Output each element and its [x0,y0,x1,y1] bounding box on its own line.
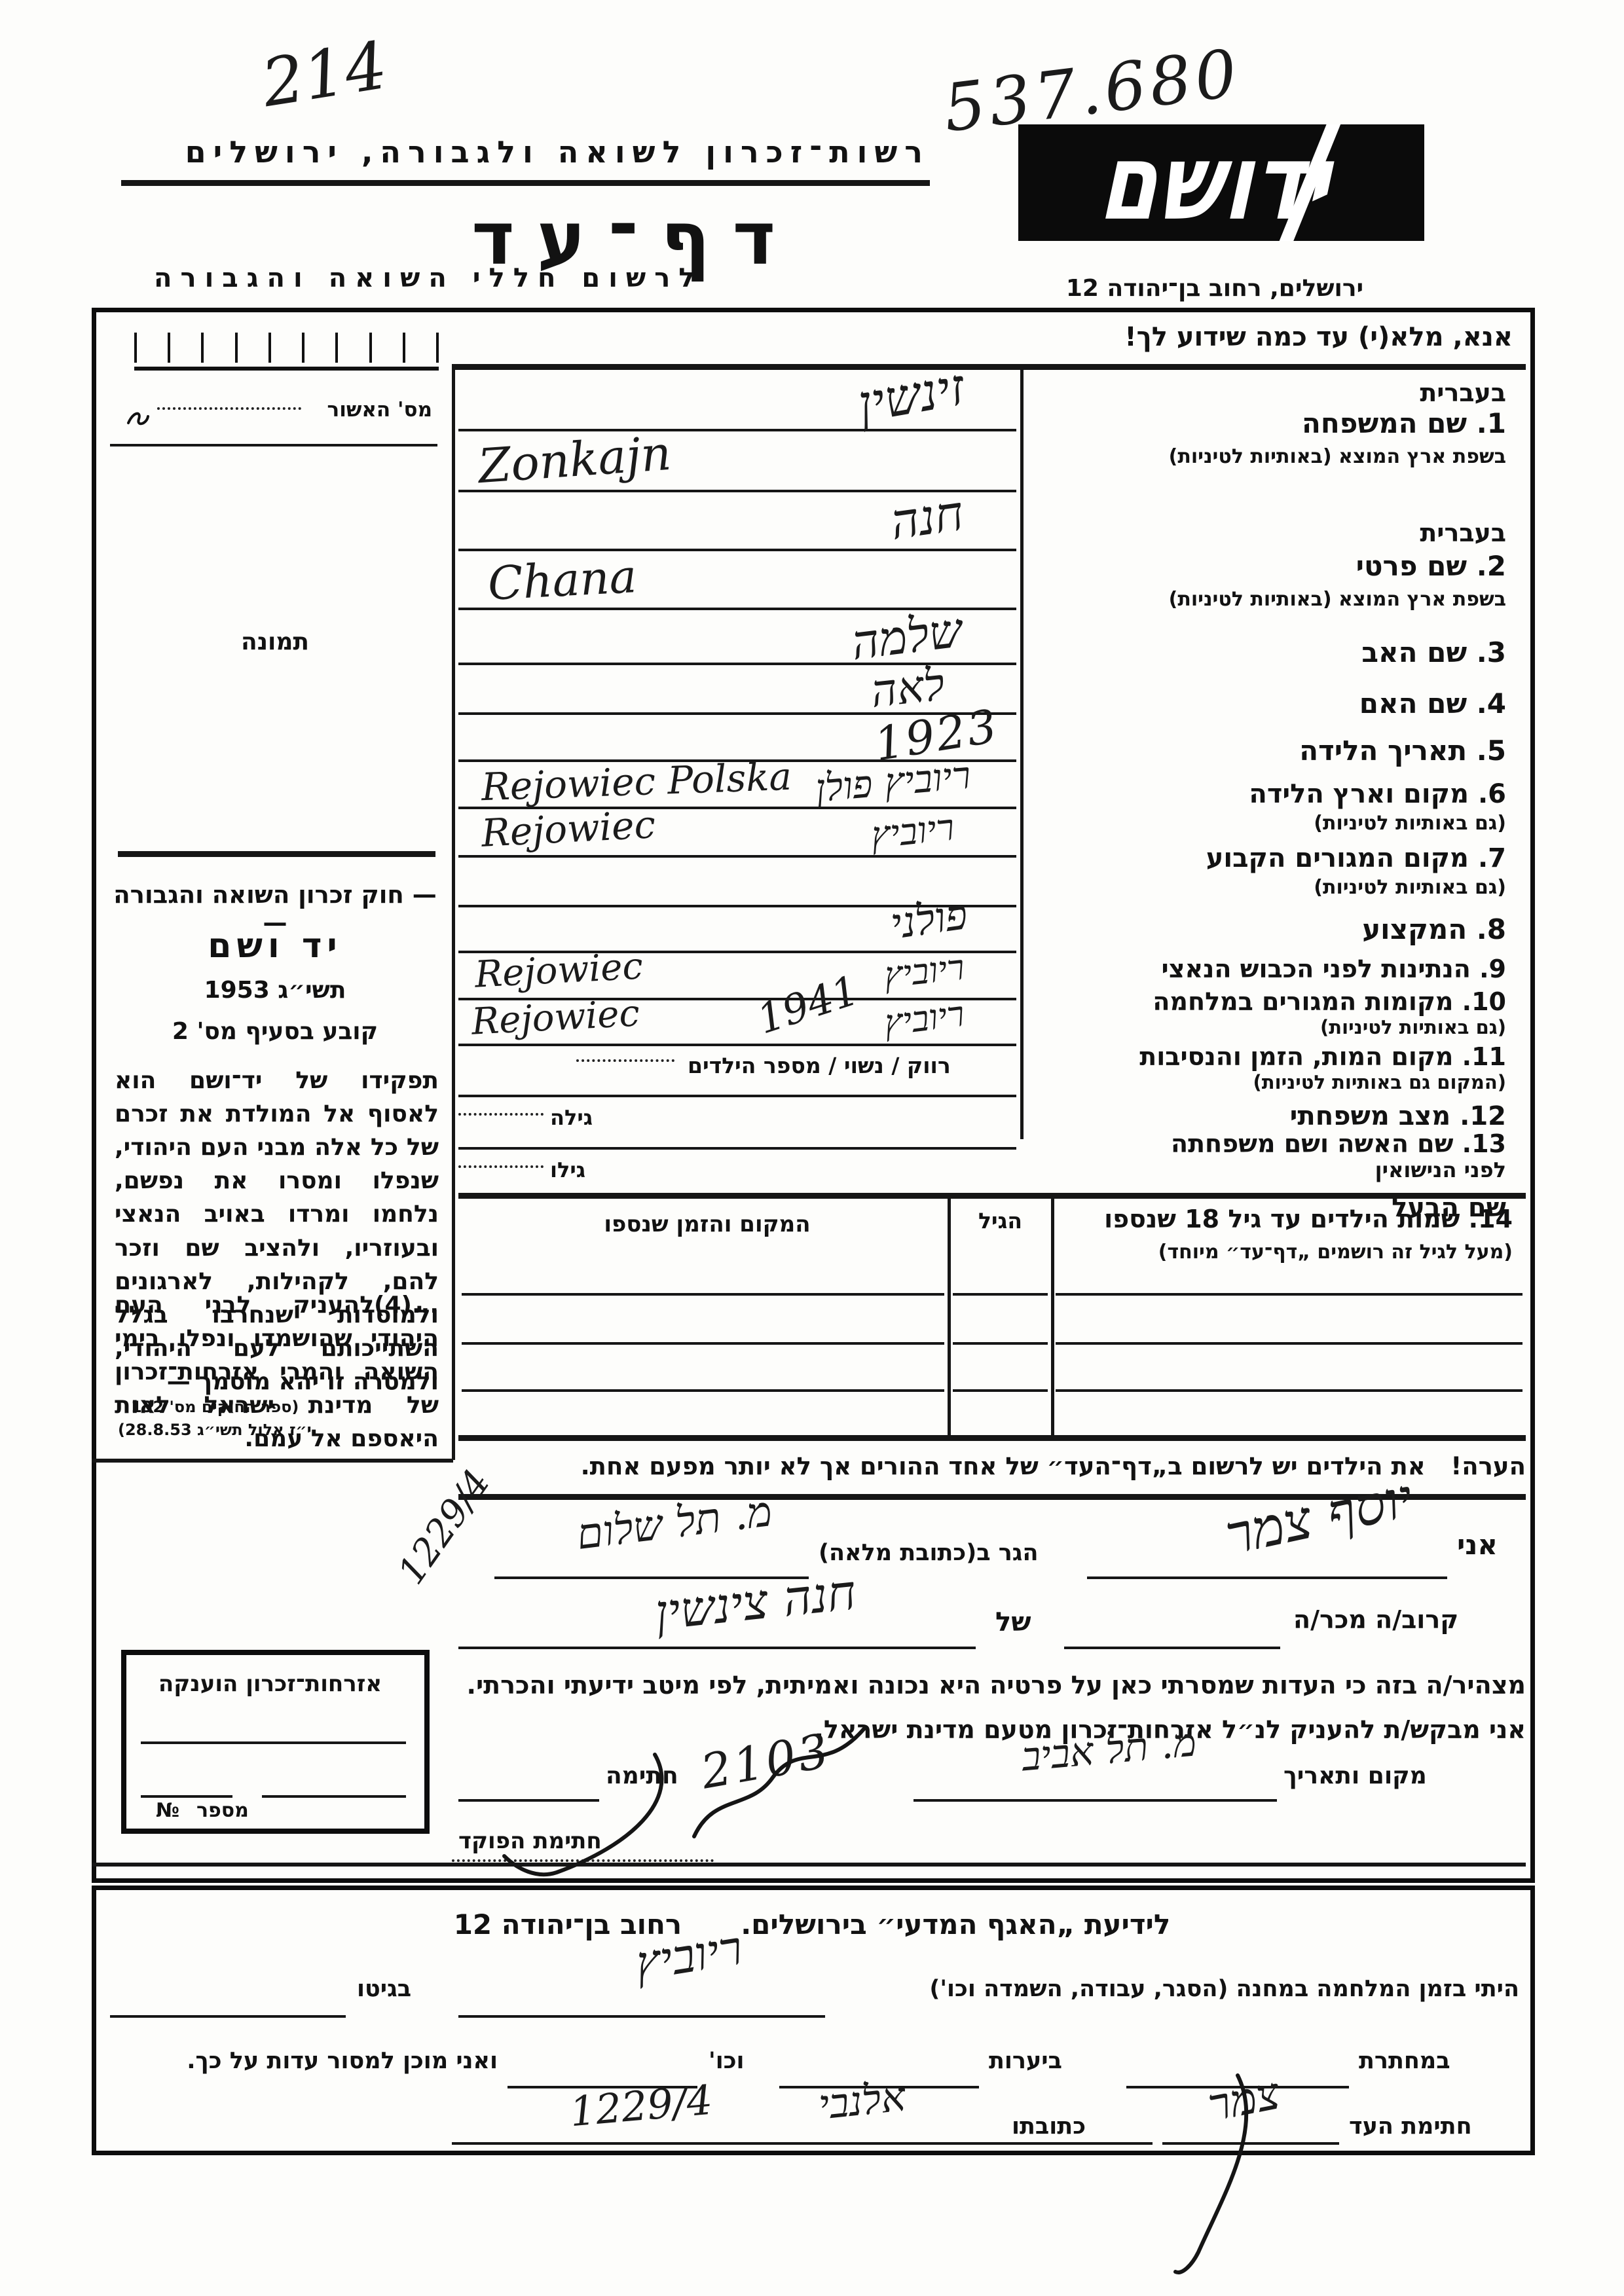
field-7-label: 7. מקום המגורים הקבוע [1028,843,1506,873]
label-column-divider [1020,367,1024,1139]
field-12-label-text: מצב משפחתי [1290,1101,1451,1131]
field-8-number: 8. [1477,913,1506,945]
declarant-name-line [1087,1576,1447,1579]
law-box-top-rule [118,851,435,857]
her-age-label: גילה [550,1105,593,1130]
ghetto-blank-line [110,2015,346,2018]
marital-status-dotted [576,1059,674,1062]
field-4-label-text: שם האם [1359,687,1467,720]
field-1-pre-label: בעברית [1028,378,1506,407]
field-1-hebrew-line [458,429,1016,431]
field-9-label-text: הנתינות לפני הכבוש הנאצי [1161,955,1470,983]
field-10-sub-label: (גם באותיות לטיניות) [1028,1016,1506,1038]
witness-signature-label: חתימת העד [1349,2113,1472,2140]
form-subtitle: לרשום חללי השואה והגבורה [154,263,703,293]
stamp-box-mid-line [141,1741,406,1744]
table-col-place-header: המקום והזמן שנספו [537,1211,877,1237]
table-rule-line [953,1342,1048,1345]
field-1-number: 1. [1477,407,1506,439]
field-13-line [458,1095,1016,1097]
forests-label: ביערות [989,2048,1062,2074]
camp-label: היתי בזמן המלחמה במחנה (הסגר, עבודה, השמ… [838,1976,1519,2002]
field-3-number: 3. [1477,636,1506,668]
camp-blank-line [458,2015,825,2018]
field-11-number: 11. [1462,1042,1506,1071]
field-13-sub-label: לפני הנישואין [1028,1157,1506,1182]
field-2-label: 2. שם פרטי [1028,550,1506,582]
table-col-age-header: הגיל [953,1208,1048,1233]
field-11-label: 11. מקום המות, הזמן והנסיבות [1028,1042,1506,1071]
comb-tick [335,333,338,363]
footer-title: לידיעת „האגף המדעי״ בירושלים. [741,1908,1170,1941]
field-14-number: 14. [1469,1205,1513,1233]
signature-scribble [458,1715,956,1879]
left-column-bottom-rule [92,1459,453,1463]
etc-label: וכו' [709,2048,745,2074]
comb-tick [436,333,439,363]
field-2-number: 2. [1477,550,1506,582]
field-12-label: 12. מצב משפחתי [1028,1101,1506,1131]
comb-tick [235,333,238,363]
field-2-hebrew-line [458,549,1016,551]
field-14-label: 14. שמות הילדים עד גיל 18 שנספו [1067,1205,1513,1233]
field-7-latin-hand: Rejowiec [480,802,656,856]
testify-label: ואני מוכן למסור עדות על כך. [108,2048,498,2074]
photo-label: תמונה [196,629,354,655]
ghetto-label: בגיטו [357,1976,411,2002]
children-table-bottom-rule [458,1435,1526,1441]
field-9-number: 9. [1479,955,1506,983]
header-rule [121,180,930,186]
law-logo-text: יד ושם [111,926,439,966]
field-2-latin-hand: Chana [487,549,638,611]
field-10-label: 10. מקומות המגורים במלחמה [1028,987,1506,1016]
marital-status-options: רווק / נשוי / מספר הילדים [688,1053,951,1078]
table-rule-line [953,1293,1048,1296]
field-14-sub-label: (מעל לגיל זה רושמים „דף־עד״ מיוחד) [1067,1241,1513,1264]
field-4-label: 4. שם האם [1028,687,1506,720]
field-9-label: 9. הנתינות לפני הכבוש הנאצי [1028,955,1506,983]
witness-address-hand: אלנבי [816,2072,908,2129]
field-7-sub-label: (גם באותיות לטיניות) [1028,876,1506,899]
comb-tick [302,333,304,363]
page-of-testimony-scan: 214 537.680 רשות־זכרון לשואה ולגבורה, יר… [0,0,1624,2296]
yad-vashem-logo: ידושם [1018,124,1424,241]
table-rule-line [462,1389,944,1392]
stamp-box-title: אזרחות־זכרון הוענקה [131,1671,409,1697]
witness-signature-scribble [1100,2056,1297,2278]
field-7-number: 7. [1478,843,1506,873]
his-age-dotted [458,1165,544,1168]
field-12-number: 12. [1460,1101,1506,1131]
stamp-number-label: מספר [196,1799,249,1822]
field-13-number: 13. [1462,1129,1506,1158]
field-6-label-text: מקום וארץ הלידה [1249,779,1469,809]
scribble-mark [124,405,151,431]
note-text: את הילדים יש לרשום ב„דף־העד״ של אחד ההור… [581,1452,1426,1480]
table-rule-line [462,1293,944,1296]
her-age-dotted [458,1113,544,1116]
instruction-underline [452,364,1526,370]
field-14-label-text: שמות הילדים עד גיל 18 שנספו [1104,1205,1460,1233]
comb-tick [134,333,137,363]
place-date-label: מקום ותאריך [1283,1762,1427,1789]
field-4-number: 4. [1477,687,1506,720]
field-13-label-text: שם האשה ושם משפחתה [1171,1129,1453,1158]
approval-number-label: מס' האשור [308,398,432,422]
field-10-hebrew-hand: ריוביץ [882,947,967,996]
place-date-line [913,1799,1277,1802]
table-rule-line [1056,1342,1522,1345]
footer-title-row: לידיעת „האגף המדעי״ בירושלים. רחוב בן־יה… [288,1908,1336,1941]
relation-label: קרוב/ה מכר/ה [1293,1605,1458,1634]
field-10-latin-hand: Rejowiec [473,945,644,996]
fill-instruction: אנא, מלא(י) עד כמה שידוע לך! [1048,322,1513,352]
approval-row-rule [110,444,437,446]
authority-header: רשות־זכרון לשואה ולגבורה, ירושלים [124,134,930,170]
approval-dotted-line [157,407,301,410]
field-8-label: 8. המקצוע [1028,913,1506,945]
field-2-label-text: שם פרטי [1356,550,1467,582]
stamp-box-bottom-line-2 [262,1795,406,1798]
victim-name-line [458,1647,976,1649]
law-source-line-1: (ספר החוקים מס' 132 [131,1398,299,1416]
children-table-top-rule [458,1193,1526,1199]
field-11-label-text: מקום המות, הזמן והנסיבות [1139,1042,1453,1071]
law-section-line: קובע בסעיף מס' 2 [111,1018,439,1045]
field-2-hebrew-hand: חנה [887,485,967,552]
field-5-label: 5. תאריך הלידה [1028,735,1506,767]
comb-tick [403,333,405,363]
husband-name-line [458,1147,1016,1150]
of-label: של [995,1607,1031,1637]
logo-address: ירושלים, רחוב בן־יהודה 12 [1012,275,1418,302]
witness-address-label: כתובתו [1012,2113,1086,2140]
note-label: הערה! [1450,1452,1526,1480]
table-rule-line [1056,1293,1522,1296]
law-year-line: תשי״ג 1953 [111,977,439,1004]
field-11-sub-label: (המקום גם באותיות לטיניות) [1028,1071,1506,1093]
field-2-sub-label: בשפת ארץ המוצא (באותיות לטיניות) [1028,588,1506,611]
declaration-resides-label: הגר ב(כתובת מלאה) [819,1540,1039,1566]
field-10-number: 10. [1462,987,1506,1016]
table-rule-line [462,1342,944,1345]
field-13-label: 13. שם האשה ושם משפחתה [1028,1129,1506,1158]
field-5-number: 5. [1477,735,1506,767]
field-3-label-text: שם האב [1361,636,1467,668]
field-1-label-text: שם המשפחה [1302,407,1467,439]
field-6-number: 6. [1478,779,1506,809]
field-6-sub-label: (גם באותיות לטיניות) [1028,812,1506,835]
field-10-label-text: מקומות המגורים במלחמה [1153,987,1453,1016]
children-table-divider-2 [1051,1193,1054,1435]
his-age-label: גילו [550,1157,585,1182]
underground-label: במחתרת [1359,2048,1450,2074]
comb-tick [369,333,372,363]
approval-number-comb [134,333,439,371]
field-5-label-text: תאריך הלידה [1299,735,1467,767]
declaration-i-label: אני [1457,1529,1498,1561]
field-7-line [458,855,1016,858]
table-rule-line [1056,1389,1522,1392]
comb-tick [268,333,271,363]
left-column-divider [452,367,455,1460]
field-11-line [458,1044,1016,1046]
comb-tick [168,333,170,363]
field-3-label: 3. שם האב [1028,636,1506,668]
field-1-sub-label: בשפת ארץ המוצא (באותיות לטיניות) [1028,445,1506,468]
field-1-label: 1. שם המשפחה [1028,407,1506,439]
law-source-line-2: י״ז אלול תשי״ג 28.8.53) [118,1421,312,1439]
stamp-box-bottom-line-1 [141,1795,232,1798]
witness-address-line [452,2142,1153,2145]
relation-blank-line [1064,1647,1280,1649]
field-2-pre-label: בעברית [1028,519,1506,547]
declaration-statement: מצהיר/ה בזה כי העדות שמסרתי כאן על פרטיה… [458,1671,1526,1700]
field-11-latin-hand: Rejowiec [470,992,640,1043]
field-7-hebrew-hand: ריוביץ [869,807,956,858]
children-table-divider-1 [948,1193,951,1435]
comb-tick [201,333,204,363]
field-8-label-text: המקצוע [1362,913,1467,945]
table-rule-line [953,1389,1048,1392]
handwritten-corner-number: 214 [257,27,392,122]
stamp-number-sign: № [156,1799,179,1822]
field-6-label: 6. מקום וארץ הלידה [1028,779,1506,809]
field-7-label-text: מקום המגורים הקבוע [1206,843,1469,873]
